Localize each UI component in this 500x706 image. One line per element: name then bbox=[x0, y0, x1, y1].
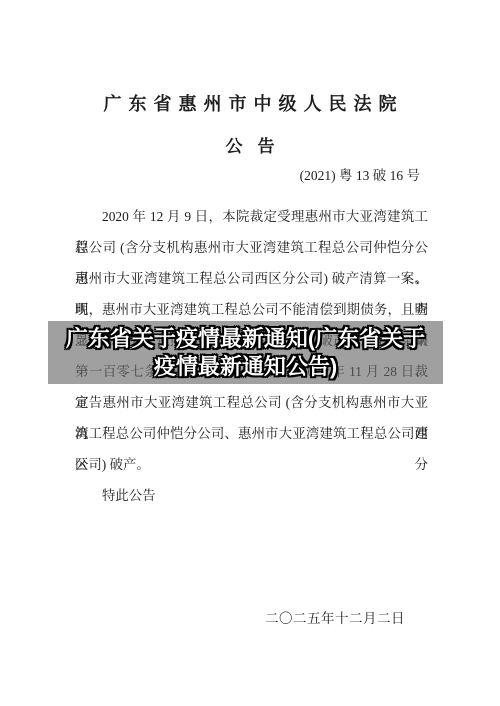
body-line: 总公司 (含分支机构惠州市大亚湾建筑工程总公司仲恺分公司、 bbox=[75, 232, 428, 263]
case-number: (2021) 粤 13 破 16 号 bbox=[300, 164, 420, 184]
body-line: 惠州市大亚湾建筑工程总公司西区分公司) 破产清算一案。现查 bbox=[75, 263, 428, 294]
court-name-heading: 广东省惠州市中级人民法院 bbox=[0, 90, 500, 116]
closing-line: 特此公告 bbox=[75, 480, 428, 511]
announcement-date: 二〇二五年十二月二日 bbox=[265, 607, 405, 627]
body-line: 2020 年 12 月 9 日，本院裁定受理惠州市大亚湾建筑工程 bbox=[75, 201, 428, 232]
body-line: 筑工程总公司仲恺分公司、惠州市大亚湾建筑工程总公司西区分 bbox=[75, 418, 428, 449]
body-line: 宣告惠州市大亚湾建筑工程总公司 (含分支机构惠州市大亚湾建 bbox=[75, 387, 428, 418]
caption-title-line1: 广东省关于疫情最新通知(广东省关于 bbox=[66, 325, 425, 353]
announcement-page: 广东省惠州市中级人民法院 公告 (2021) 粤 13 破 16 号 2020 … bbox=[0, 0, 500, 706]
caption-title-line2: 疫情最新通知公告) bbox=[154, 353, 337, 381]
caption-overlay-band: 广东省关于疫情最新通知(广东省关于 疫情最新通知公告) bbox=[48, 321, 443, 384]
announcement-title: 公告 bbox=[0, 132, 500, 157]
